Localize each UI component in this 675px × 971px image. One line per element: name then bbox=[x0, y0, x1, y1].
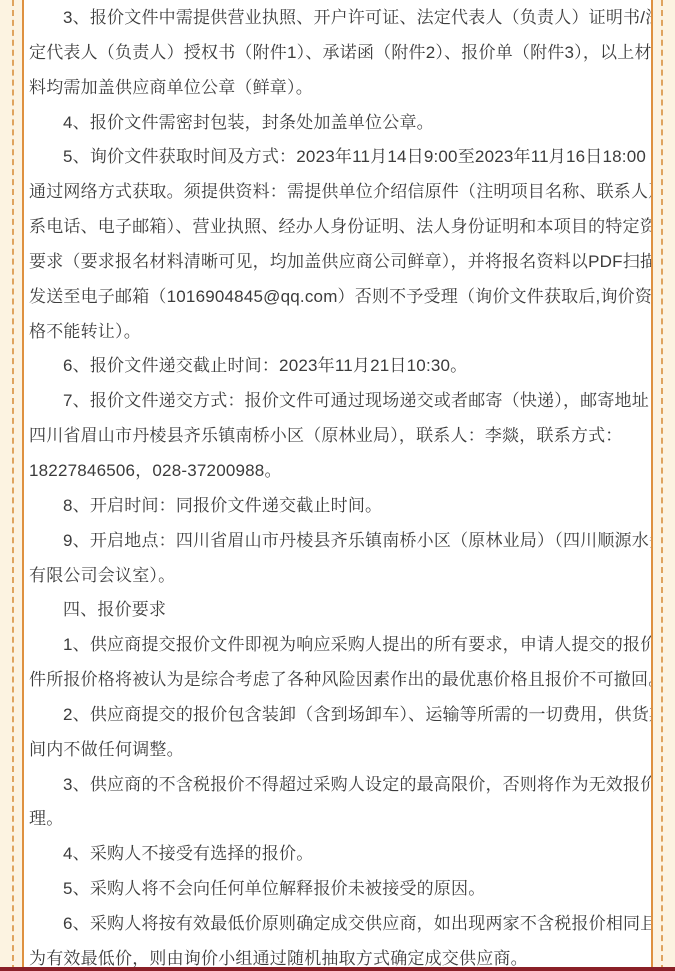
document-body: 3、报价文件中需提供营业执照、开户许可证、法定代表人（负责人）证明书/法定代表人… bbox=[24, 0, 651, 971]
text-line: 3、供应商的不含税报价不得超过采购人设定的最高限价，否则将作为无效报价处 bbox=[29, 768, 647, 803]
text-line: 发送至电子邮箱（1016904845@qq.com）否则不予受理（询价文件获取后… bbox=[29, 280, 647, 315]
content-panel: 3、报价文件中需提供营业执照、开户许可证、法定代表人（负责人）证明书/法定代表人… bbox=[22, 0, 653, 971]
text-line: 4、报价文件需密封包装，封条处加盖单位公章。 bbox=[29, 106, 647, 141]
left-dashed-border bbox=[12, 0, 14, 971]
text-line: 1、供应商提交报价文件即视为响应采购人提出的所有要求，申请人提交的报价文 bbox=[29, 628, 647, 663]
text-line: 5、采购人将不会向任何单位解释报价未被接受的原因。 bbox=[29, 872, 647, 907]
text-line: 四川省眉山市丹棱县齐乐镇南桥小区（原林业局），联系人：李燚，联系方式： bbox=[29, 419, 647, 454]
text-line: 间内不做任何调整。 bbox=[29, 733, 647, 768]
text-line: 2、供应商提交的报价包含装卸（含到场卸车）、运输等所需的一切费用，供货期 bbox=[29, 698, 647, 733]
text-line: 3、报价文件中需提供营业执照、开户许可证、法定代表人（负责人）证明书/法 bbox=[29, 1, 647, 36]
text-line: 件所报价格将被认为是综合考虑了各种风险因素作出的最优惠价格且报价不可撤回。 bbox=[29, 663, 647, 698]
text-line: 6、报价文件递交截止时间：2023年11月21日10:30。 bbox=[29, 349, 647, 384]
text-line: 8、开启时间：同报价文件递交截止时间。 bbox=[29, 489, 647, 524]
text-line: 4、采购人不接受有选择的报价。 bbox=[29, 837, 647, 872]
text-line: 定代表人（负责人）授权书（附件1）、承诺函（附件2）、报价单（附件3），以上材 bbox=[29, 36, 647, 71]
text-line: 理。 bbox=[29, 802, 647, 837]
text-line: 有限公司会议室）。 bbox=[29, 559, 647, 594]
text-line: 9、开启地点：四川省眉山市丹棱县齐乐镇南桥小区（原林业局）（四川顺源水务 bbox=[29, 524, 647, 559]
text-line: 要求（要求报名材料清晰可见，均加盖供应商公司鲜章），并将报名资料以PDF扫描件 bbox=[29, 245, 647, 280]
article-page: { "page": { "background": "#fcf3e1", "pa… bbox=[0, 0, 675, 971]
text-line: 四、报价要求 bbox=[29, 593, 647, 628]
text-line: 料均需加盖供应商单位公章（鲜章）。 bbox=[29, 71, 647, 106]
text-line: 18227846506，028-37200988。 bbox=[29, 454, 647, 489]
bottom-divider bbox=[0, 967, 675, 971]
text-line: 格不能转让）。 bbox=[29, 315, 647, 350]
text-line: 通过网络方式获取。须提供资料：需提供单位介绍信原件（注明项目名称、联系人及联 bbox=[29, 175, 647, 210]
text-line: 6、采购人将按有效最低价原则确定成交供应商，如出现两家不含税报价相同且均 bbox=[29, 907, 647, 942]
right-dashed-border bbox=[661, 0, 663, 971]
text-line: 系电话、电子邮箱）、营业执照、经办人身份证明、法人身份证明和本项目的特定资格 bbox=[29, 210, 647, 245]
text-line: 7、报价文件递交方式：报价文件可通过现场递交或者邮寄（快递），邮寄地址： bbox=[29, 384, 647, 419]
text-line: 5、询价文件获取时间及方式：2023年11月14日9:00至2023年11月16… bbox=[29, 140, 647, 175]
